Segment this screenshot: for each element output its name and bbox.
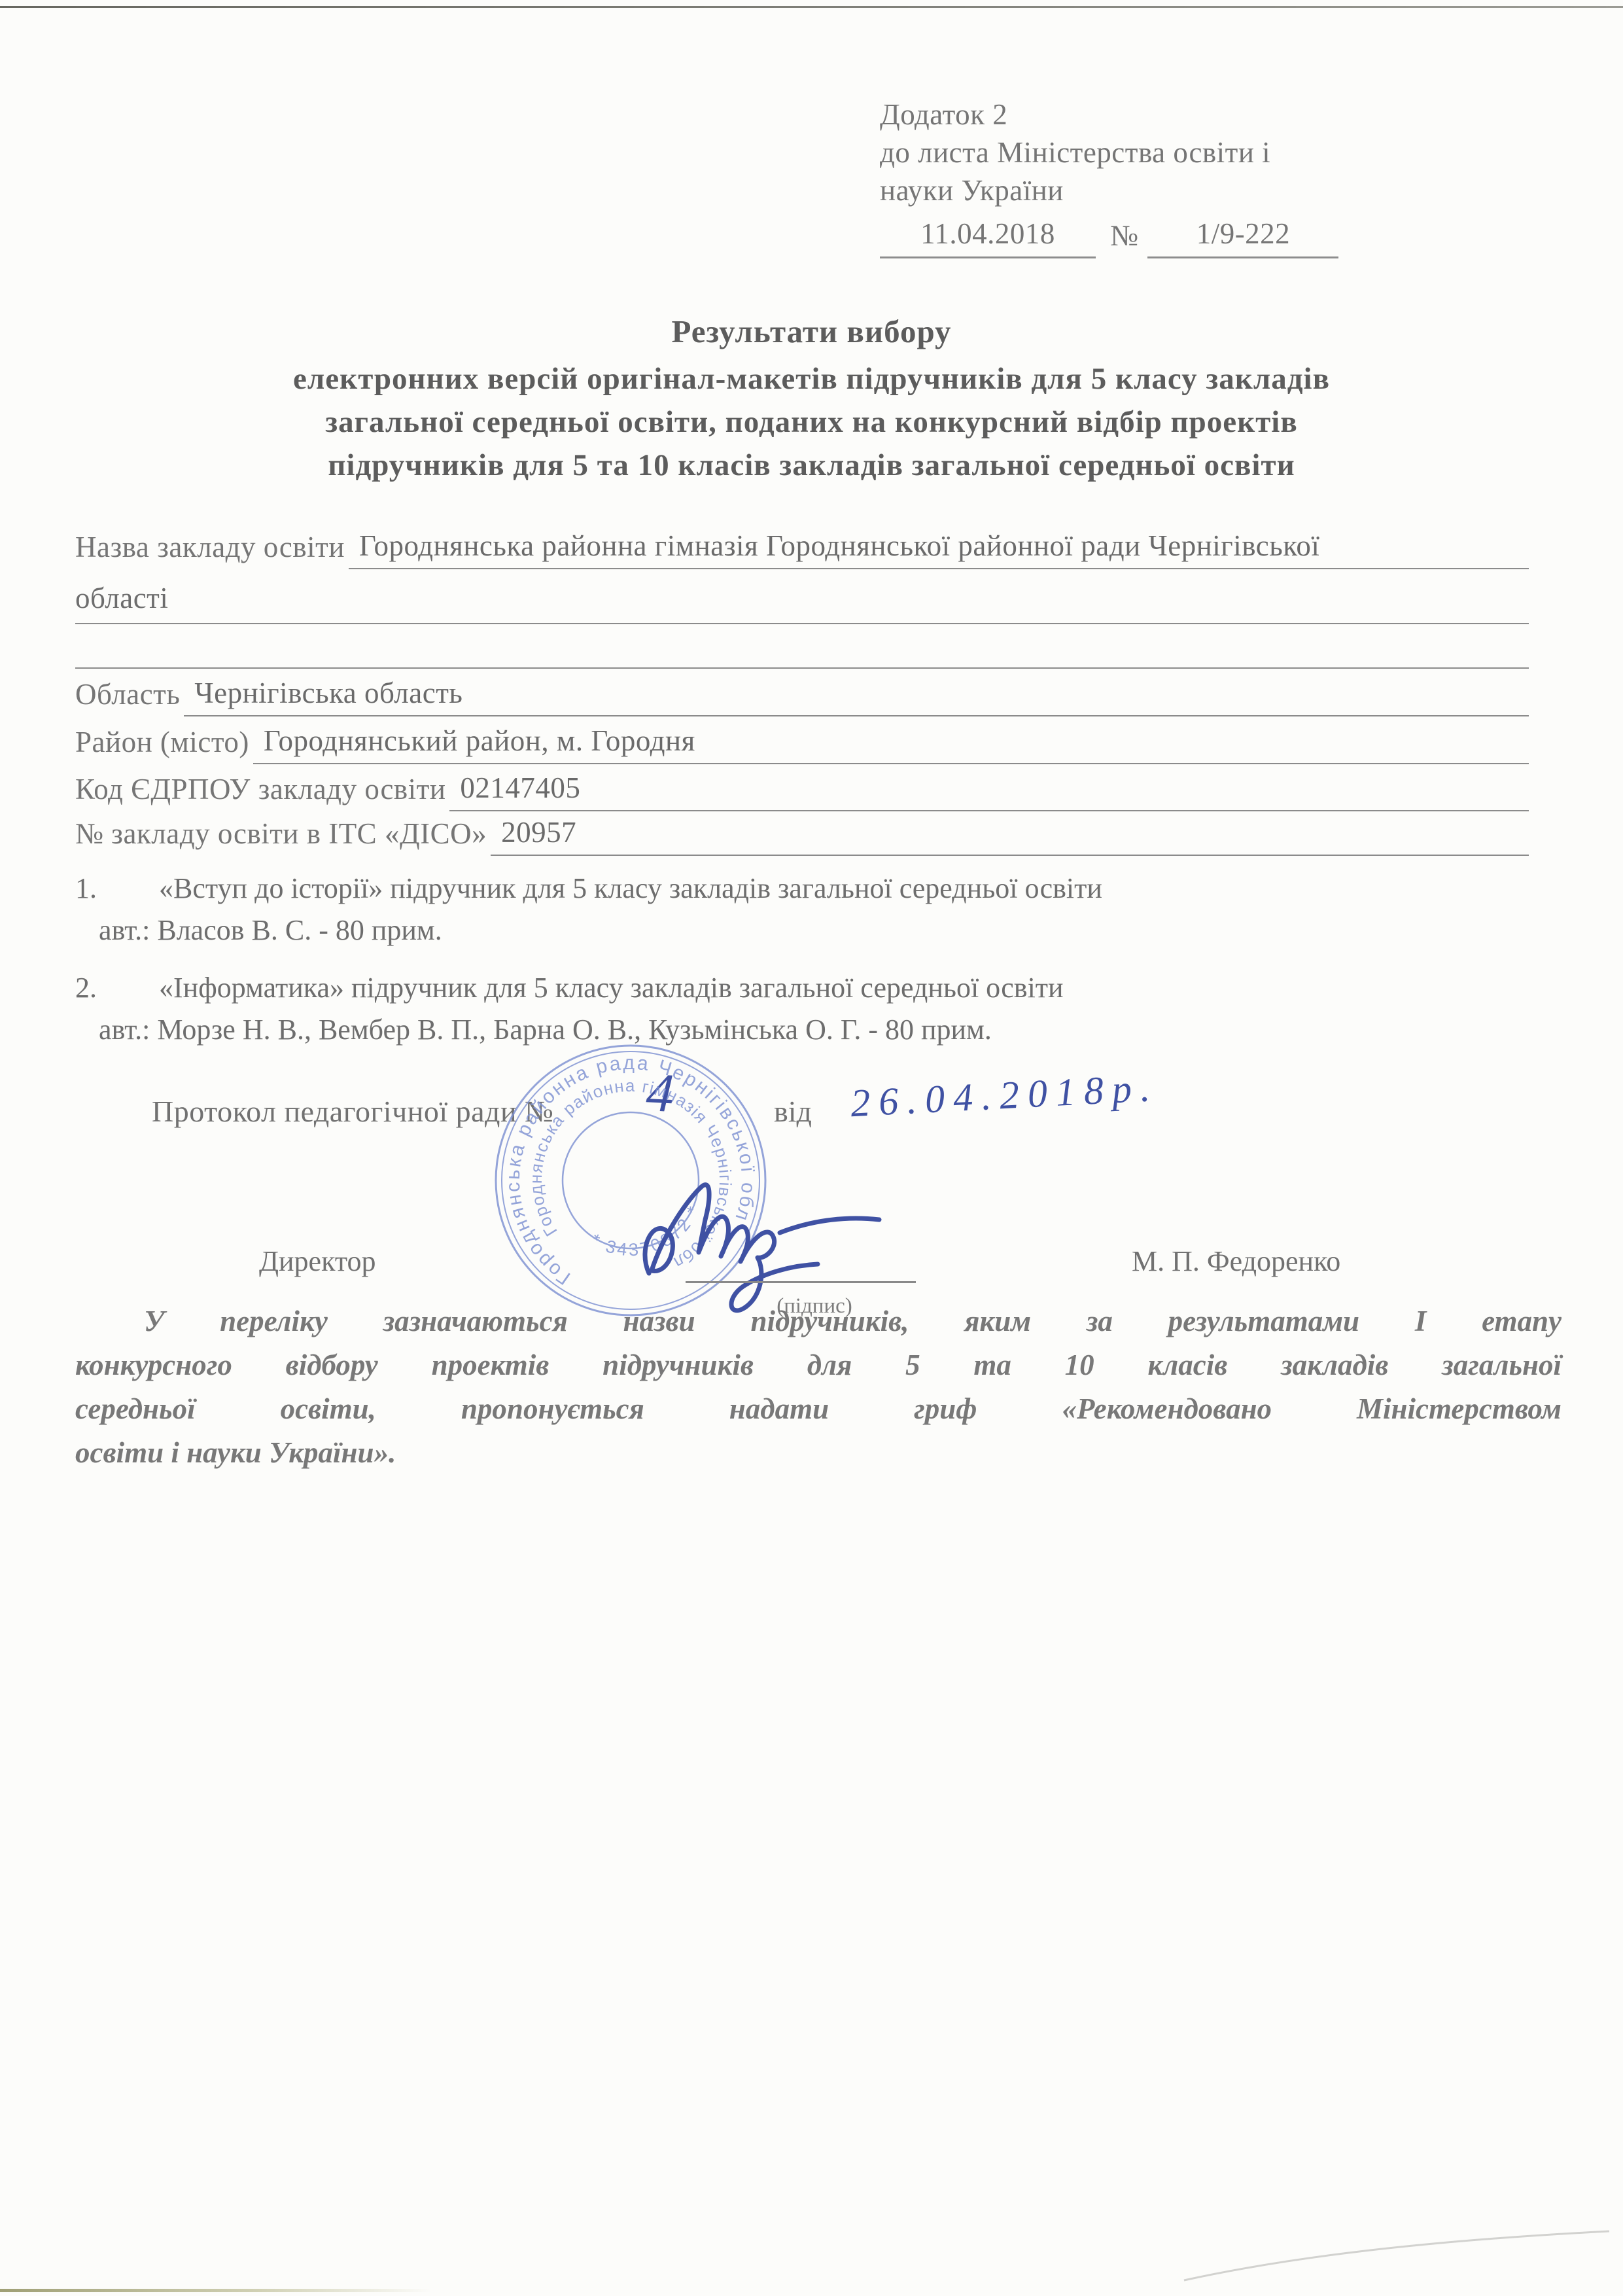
textbook-list: 1. «Вступ до історії» підручник для 5 кл… [75, 872, 1482, 1047]
school-name-label: Назва закладу освіти [75, 530, 349, 569]
footer-note: У переліку зазначаються назви підручникі… [75, 1299, 1562, 1475]
list-item: 1. «Вступ до історії» підручник для 5 кл… [75, 872, 1482, 947]
list-item: 2. «Інформатика» підручник для 5 класу з… [75, 971, 1482, 1047]
scanned-document-page: Додаток 2 до листа Міністерства освіти і… [0, 0, 1623, 2296]
title-line-2: електронних версій оригінал-макетів підр… [0, 357, 1623, 400]
scan-bottom-edge-artifact [0, 2289, 432, 2292]
item-authors: авт.: Морзе Н. В., Вембер В. П., Барна О… [75, 1013, 1482, 1047]
school-name-value-wrap: області [75, 581, 168, 615]
addressee-line-2: науки України [880, 171, 1390, 209]
note-line-4: освіти і науки України». [75, 1431, 1562, 1475]
letter-number: 1/9-222 [1147, 215, 1338, 258]
note-line-1: У переліку зазначаються назви підручникі… [75, 1299, 1562, 1343]
edrpou-row: Код ЄДРПОУ закладу освіти 02147405 [75, 764, 1529, 811]
number-sign: № [1110, 217, 1138, 255]
school-name-row-2: області [75, 569, 1529, 624]
district-value: Городнянський район, м. Городня [253, 724, 1529, 764]
district-row: Район (місто) Городнянський район, м. Го… [75, 716, 1529, 764]
school-form: Назва закладу освіти Городнянська районн… [75, 527, 1529, 856]
handwritten-protocol-date: 26.04.2018р. [850, 1065, 1160, 1127]
note-line-3: середньої освіти, пропонується надати гр… [75, 1387, 1562, 1431]
region-label: Область [75, 677, 184, 716]
item-number: 2. [75, 971, 159, 1005]
director-name: М. П. Федоренко [1132, 1245, 1340, 1278]
addressee-line-1: до листа Міністерства освіти і [880, 133, 1390, 171]
director-role-label: Директор [259, 1245, 376, 1278]
school-name-row: Назва закладу освіти Городнянська районн… [75, 527, 1529, 569]
note-line-2: конкурсного відбору проектів підручників… [75, 1343, 1562, 1387]
handwritten-signature [608, 1149, 922, 1319]
item-authors: авт.: Власов В. С. - 80 прим. [75, 913, 1482, 947]
item-title: «Інформатика» підручник для 5 класу закл… [159, 971, 1064, 1005]
school-name-value: Городнянська районна гімназія Городнянсь… [349, 529, 1529, 569]
document-header: Додаток 2 до листа Міністерства освіти і… [880, 96, 1390, 258]
title-line-1: Результати вибору [0, 311, 1623, 352]
blank-line [75, 624, 1529, 669]
title-line-4: підручників для 5 та 10 класів закладів … [0, 444, 1623, 487]
item-title: «Вступ до історії» підручник для 5 класу… [159, 872, 1102, 906]
scan-scratch-artifact [1171, 2218, 1623, 2290]
region-value: Чернігівська область [184, 676, 1529, 716]
diso-label: № закладу освіти в ІТС «ДІСО» [75, 817, 491, 856]
diso-row: № закладу освіти в ІТС «ДІСО» 20957 [75, 811, 1529, 856]
letter-date: 11.04.2018 [880, 215, 1096, 258]
edrpou-label: Код ЄДРПОУ закладу освіти [75, 772, 449, 811]
region-row: Область Чернігівська область [75, 669, 1529, 716]
title-line-3: загальної середньої освіти, поданих на к… [0, 400, 1623, 444]
item-number: 1. [75, 872, 159, 906]
protocol-vid-label: від [774, 1094, 812, 1129]
header-date-row: 11.04.2018 № 1/9-222 [880, 215, 1390, 258]
appendix-label: Додаток 2 [880, 96, 1390, 133]
diso-value: 20957 [491, 815, 1529, 856]
district-label: Район (місто) [75, 725, 253, 764]
document-title: Результати вибору електронних версій ори… [0, 311, 1623, 487]
scan-top-edge-artifact [0, 6, 1623, 8]
signature-underline [686, 1281, 916, 1283]
edrpou-value: 02147405 [449, 771, 1529, 811]
